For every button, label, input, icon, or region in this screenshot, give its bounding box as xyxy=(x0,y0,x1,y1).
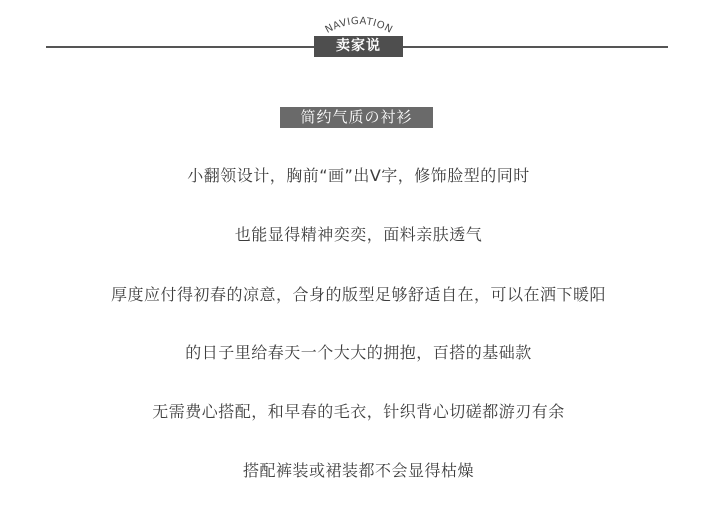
navigation-arc-label: NAVIGATION xyxy=(312,8,406,38)
description-line-3: 厚度应付得初春的凉意，合身的版型足够舒适自在，可以在洒下暖阳 xyxy=(0,285,717,305)
description-line-1: 小翻领设计，胸前“画”出V字，修饰脸型的同时 xyxy=(0,166,717,186)
description-line-2: 也能显得精神奕奕，面料亲肤透气 xyxy=(0,225,717,245)
description-line-4: 的日子里给春天一个大大的拥抱，百搭的基础款 xyxy=(0,343,717,363)
section-subtitle: 简约气质の衬衫 xyxy=(280,107,433,128)
nav-label-text: NAVIGATION xyxy=(324,16,395,36)
seller-says-badge: 卖家说 xyxy=(314,36,403,57)
description-line-6: 搭配裤装或裙装都不会显得枯燥 xyxy=(0,461,717,481)
description-line-5: 无需费心搭配，和早春的毛衣，针织背心切磋都游刃有余 xyxy=(0,402,717,422)
svg-text:NAVIGATION: NAVIGATION xyxy=(324,16,395,36)
